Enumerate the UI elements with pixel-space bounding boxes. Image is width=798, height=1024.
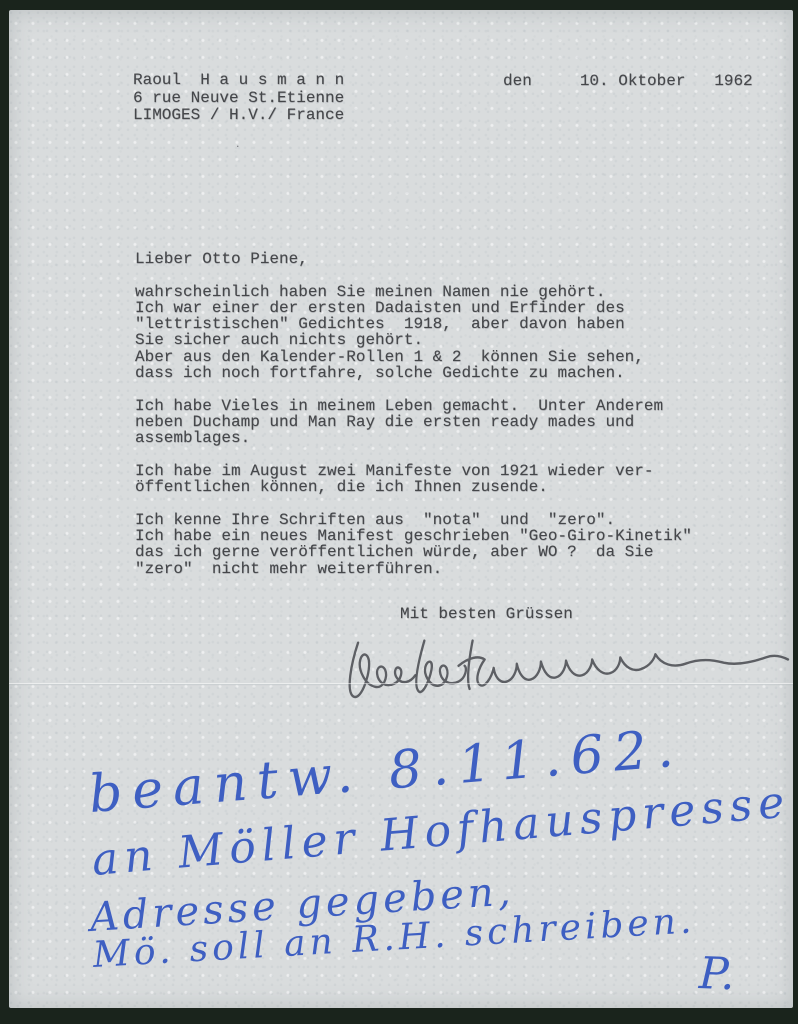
letter-body-line — [135, 495, 692, 511]
letter-body-line: wahrscheinlich haben Sie meinen Namen ni… — [135, 284, 692, 300]
letter-body: Lieber Otto Piene, wahrscheinlich haben … — [135, 251, 692, 577]
letter-body-line — [135, 447, 692, 463]
fold-crease — [9, 683, 793, 684]
sender-address-line: 6 rue Neuve St.Etienne — [133, 90, 344, 108]
letter-body-line: öffentlichen können, die ich Ihnen zusen… — [135, 479, 692, 495]
letter-body-line — [135, 267, 692, 283]
closing-line: Mit besten Grüssen — [400, 605, 573, 623]
letter-body-line: assemblages. — [135, 430, 692, 446]
date-line: den 10. Oktober 1962 — [503, 72, 753, 90]
letter-body-line: "zero" nicht mehr weiterführen. — [135, 561, 692, 577]
letter-body-line: Aber aus den Kalender-Rollen 1 & 2 könne… — [135, 349, 692, 365]
annotation-initial: P. — [698, 948, 736, 1000]
signature-stroke — [338, 628, 790, 712]
sender-address-line: LIMOGES / H.V./ France — [133, 107, 344, 125]
sender-address: Raoul H a u s m a n n6 rue Neuve St.Etie… — [133, 72, 344, 125]
letter-body-line: Ich war einer der ersten Dadaisten und E… — [135, 300, 692, 316]
paper: Raoul H a u s m a n n6 rue Neuve St.Etie… — [9, 10, 793, 1008]
letter-body-line: neben Duchamp und Man Ray die ersten rea… — [135, 414, 692, 430]
letter-body-line: Ich habe ein neues Manifest geschrieben … — [135, 528, 692, 544]
letter-body-line: Lieber Otto Piene, — [135, 251, 692, 267]
letter-body-line: Ich kenne Ihre Schriften aus "nota" und … — [135, 512, 692, 528]
letter-body-line: das ich gerne veröffentlichen würde, abe… — [135, 544, 692, 560]
letter-body-line: Ich habe im August zwei Manifeste von 19… — [135, 463, 692, 479]
letter-body-line: Sie sicher auch nichts gehört. — [135, 332, 692, 348]
letter-body-line: Ich habe Vieles in meinem Leben gemacht.… — [135, 398, 692, 414]
letter-body-line — [135, 381, 692, 397]
letter-body-line: "lettristischen" Gedichtes 1918, aber da… — [135, 316, 692, 332]
scan-frame: { "page": { "kind": "scanned typewritten… — [0, 0, 798, 1024]
stray-mark: · — [236, 140, 240, 153]
letter-body-line: dass ich noch fortfahre, solche Gedichte… — [135, 365, 692, 381]
sender-address-line: Raoul H a u s m a n n — [133, 72, 344, 90]
signature-raoul-hausmann — [338, 628, 790, 712]
